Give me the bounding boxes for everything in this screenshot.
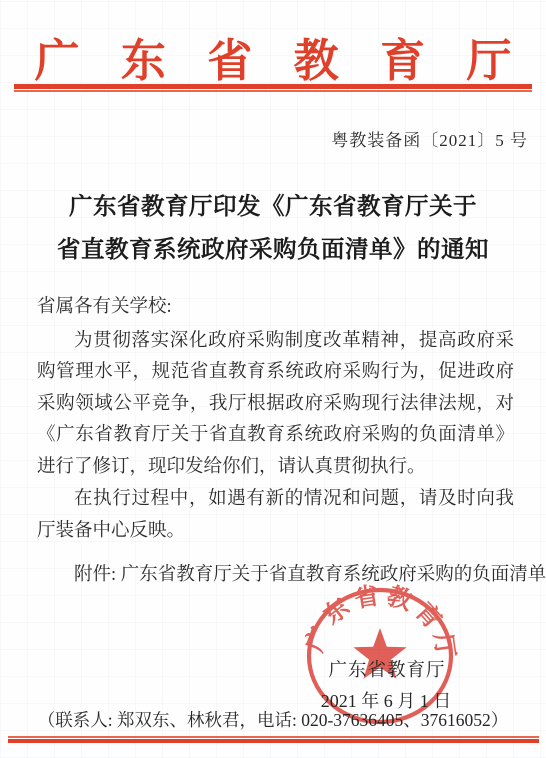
svg-text:广东省教育厅: 广东省教育厅 (302, 584, 458, 665)
attachment-line: 附件: 广东省教育厅关于省直教育系统政府采购的负面清单 (37, 560, 527, 586)
seal-ring-text: 广东省教育厅 (302, 584, 458, 665)
document-title-line1: 广东省教育厅印发《广东省教育厅关于 (0, 186, 546, 229)
document-title-line2: 省直教育系统政府采购负面清单》的通知 (0, 229, 546, 272)
document-body: 省属各有关学校: 为贯彻落实深化政府采购制度改革精神，提高政府采购管理水平，规范… (37, 292, 514, 547)
body-paragraph-2: 在执行过程中，如遇有新的情况和问题，请及时向我厅装备中心反映。 (37, 484, 514, 547)
salutation: 省属各有关学校: (37, 292, 514, 324)
letterhead-divider-thin-line (14, 90, 532, 92)
document-number: 粤教装备函〔2021〕5 号 (331, 126, 528, 151)
letterhead-divider (14, 84, 532, 92)
official-document-page: 广东省教育厅 粤教装备函〔2021〕5 号 广东省教育厅印发《广东省教育厅关于 … (0, 0, 546, 758)
footer-divider-thick-line (8, 739, 539, 743)
body-paragraph-1: 为贯彻落实深化政府采购制度改革精神，提高政府采购管理水平，规范省直教育系统政府采… (37, 326, 514, 484)
letterhead-agency-text: 广东省教育厅 (34, 36, 546, 86)
footer-divider (8, 736, 539, 743)
letterhead-agency-title: 广东省教育厅 (0, 24, 546, 89)
contact-info: （联系人: 郑双东、林秋君，电话: 020-37636405、37616052） (0, 707, 546, 732)
signature-agency: 广东省教育厅 (306, 656, 468, 682)
document-title: 广东省教育厅印发《广东省教育厅关于 省直教育系统政府采购负面清单》的通知 (0, 186, 546, 272)
